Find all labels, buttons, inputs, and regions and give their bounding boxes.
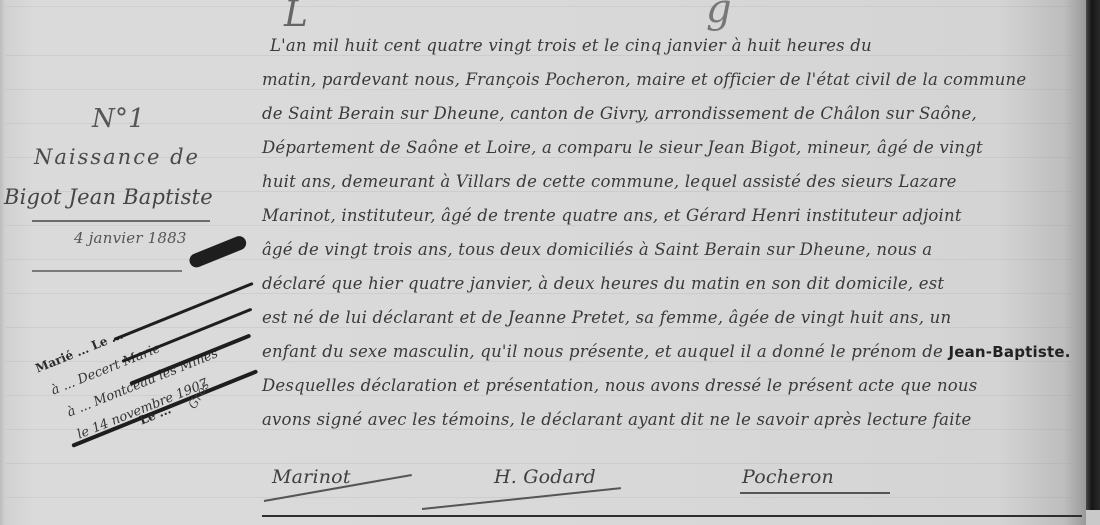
marriage-annotation-stamp: Marié ... Le ... à ... Decert Marie à ..… (22, 238, 272, 448)
body-line-1: L'an mil huit cent quatre vingt trois et… (270, 36, 872, 55)
initial-flourish: L (284, 0, 308, 35)
body-line-9: est né de lui déclarant et de Jeanne Pre… (262, 308, 951, 327)
top-flourish: g (706, 0, 732, 32)
register-page: N°1 Naissance de Bigot Jean Baptiste 4 j… (0, 0, 1086, 525)
act-type: Naissance de (34, 145, 200, 169)
signature-flourish (740, 492, 890, 494)
book-binding (1086, 0, 1100, 510)
body-line-10: enfant du sexe masculin, qu'il nous prés… (262, 342, 1071, 361)
body-line-5: huit ans, demeurant à Villars de cette c… (262, 172, 957, 191)
stamp-rule (121, 308, 252, 363)
closing-rule (262, 515, 1082, 517)
act-subject-name: Bigot Jean Baptiste (4, 185, 213, 209)
body-line-4: Département de Saône et Loire, a comparu… (262, 138, 983, 157)
binding-gap (1086, 510, 1100, 525)
body-line-2: matin, pardevant nous, François Pocheron… (262, 70, 1026, 89)
body-line-8: déclaré que hier quatre janvier, à deux … (262, 274, 944, 293)
body-line-11: Desquelles déclaration et présentation, … (262, 376, 977, 395)
body-line-10-text: enfant du sexe masculin, qu'il nous prés… (262, 342, 943, 361)
body-line-3: de Saint Berain sur Dheune, canton de Gi… (262, 104, 977, 123)
margin-divider (32, 220, 210, 222)
signature-witness-1: Marinot (272, 466, 351, 488)
margin-column: N°1 Naissance de Bigot Jean Baptiste 4 j… (0, 0, 252, 525)
signature-mayor: Pocheron (742, 466, 834, 488)
act-number: N°1 (92, 104, 145, 134)
stamp-rule (113, 282, 253, 341)
signature-flourish (422, 487, 621, 510)
body-line-12: avons signé avec les témoins, le déclara… (262, 410, 972, 429)
given-name-insert: Jean-Baptiste. (948, 343, 1070, 361)
body-line-6: Marinot, instituteur, âgé de trente quat… (262, 206, 962, 225)
stamp-ink-blot (187, 234, 248, 269)
body-line-7: âgé de vingt trois ans, tous deux domici… (262, 240, 932, 259)
signature-witness-2: H. Godard (494, 466, 596, 488)
signatures-area: Marinot H. Godard Pocheron (262, 456, 1082, 516)
